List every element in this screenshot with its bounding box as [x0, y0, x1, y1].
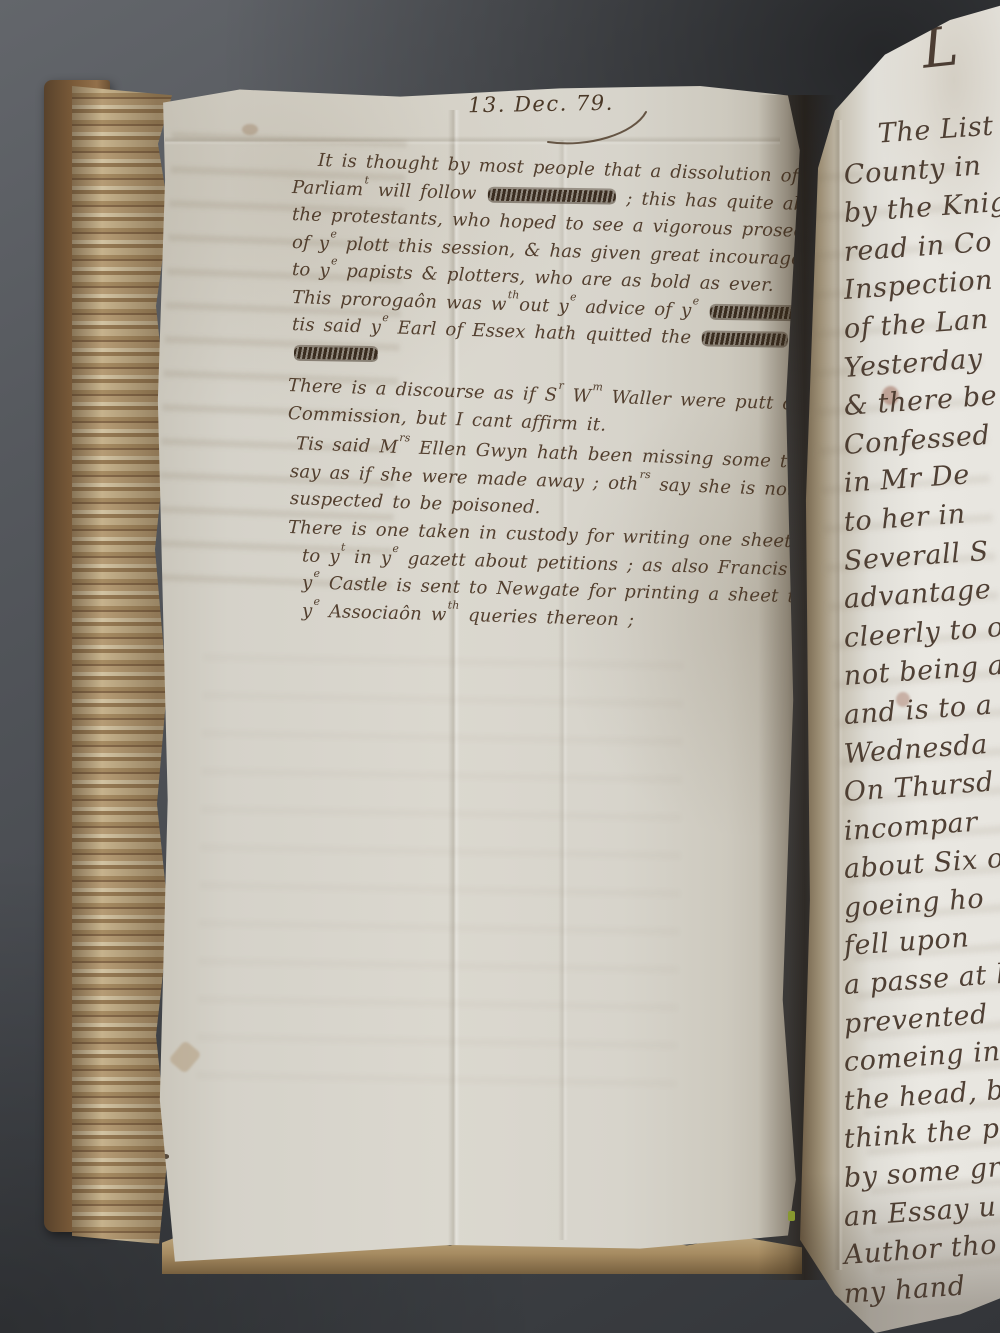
- manuscript-text: Parliam: [292, 177, 364, 200]
- superscript-abbreviation: rs: [399, 431, 411, 444]
- green-speck: [788, 1211, 795, 1221]
- superscript-abbreviation: e: [693, 294, 700, 307]
- manuscript-text: y: [302, 572, 313, 593]
- manuscript-text: of y: [292, 232, 330, 254]
- superscript-abbreviation: rs: [640, 467, 652, 480]
- photo-background: 13. Dec. 79. It is thought by most peopl…: [0, 0, 1000, 1333]
- manuscript-paragraph: There is a discourse as if Sr Wm Waller …: [288, 372, 840, 427]
- manuscript-text: to y: [292, 259, 330, 281]
- manuscript-text: in y: [345, 546, 392, 568]
- struck-out-text: [487, 188, 615, 202]
- manuscript-text: to y: [302, 545, 340, 567]
- superscript-abbreviation: e: [313, 594, 320, 607]
- page-stack-fore-edge: [72, 86, 172, 1244]
- superscript-abbreviation: e: [330, 227, 337, 240]
- right-page-text: The List ofCounty inby the Knigread in C…: [844, 118, 1000, 1314]
- manuscript-text: advice of y: [576, 296, 692, 321]
- struck-out-text: [294, 346, 378, 359]
- manuscript-text: [699, 300, 709, 321]
- manuscript-text: tis said y: [292, 314, 382, 338]
- superscript-abbreviation: th: [448, 598, 460, 611]
- superscript-abbreviation: r: [558, 379, 564, 392]
- left-page: 13. Dec. 79. It is thought by most peopl…: [150, 80, 805, 1270]
- manuscript-book: 13. Dec. 79. It is thought by most peopl…: [0, 0, 1000, 1333]
- superscript-abbreviation: m: [592, 380, 603, 393]
- right-page: L The List ofCounty inby the Knigread in…: [800, 0, 1000, 1333]
- manuscript-text: W: [563, 385, 591, 407]
- manuscript-text: This prorogaôn was w: [292, 287, 507, 315]
- page-crease: [834, 120, 843, 1270]
- superscript-abbreviation: e: [331, 254, 338, 267]
- superscript-abbreviation: t: [364, 173, 369, 186]
- left-page-text: It is thought by most people that a diss…: [150, 80, 805, 1270]
- superscript-abbreviation: e: [570, 290, 577, 303]
- manuscript-text: will follow: [369, 179, 486, 204]
- manuscript-text: queries thereon ;: [459, 604, 635, 630]
- superscript-abbreviation: e: [382, 311, 389, 324]
- manuscript-text: Associaôn w: [320, 600, 447, 625]
- superscript-abbreviation: th: [508, 288, 520, 301]
- manuscript-text: y: [302, 600, 313, 621]
- manuscript-text: out y: [519, 294, 569, 317]
- superscript-abbreviation: e: [392, 542, 399, 555]
- superscript-abbreviation: t: [341, 540, 346, 553]
- superscript-abbreviation: e: [313, 567, 320, 580]
- right-page-heading-fragment: L: [919, 14, 961, 80]
- manuscript-text: Tis said M: [296, 433, 399, 458]
- page-top-edge-shading: [150, 80, 805, 87]
